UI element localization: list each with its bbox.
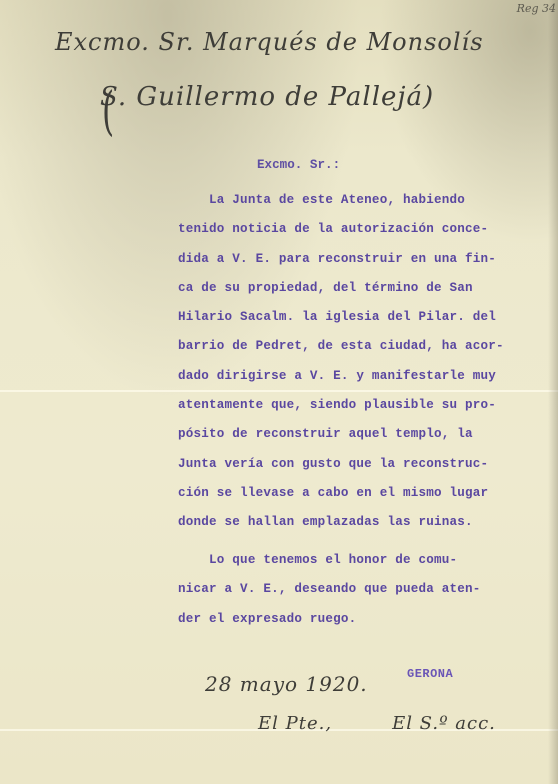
text-line: Lo que tenemos el honor de comu- — [178, 546, 548, 575]
closing-secretary: El S.º acc. — [392, 713, 496, 734]
handwritten-addressee-line-2: S. Guillermo de Pallejá) — [100, 82, 434, 112]
body-paragraph-2: Lo que tenemos el honor de comu- nicar a… — [178, 546, 548, 634]
text-line: atentamente que, siendo plausible su pro… — [178, 391, 548, 420]
text-line: ción se llevase a cabo en el mismo lugar — [178, 479, 548, 508]
text-line: Hilario Sacalm. la iglesia del Pilar. de… — [178, 303, 548, 332]
scanned-letter-page: Reg 34 Excmo. Sr. Marqués de Monsolís ( … — [0, 0, 558, 784]
place-stamp: GERONA — [407, 667, 453, 681]
handwritten-addressee-line-1: Excmo. Sr. Marqués de Monsolís — [55, 28, 484, 56]
text-line: donde se hallan emplazadas las ruinas. — [178, 508, 548, 537]
handwritten-date: 28 mayo 1920. — [205, 672, 368, 696]
text-line: barrio de Pedret, de esta ciudad, ha aco… — [178, 332, 548, 361]
text-line: La Junta de este Ateneo, habiendo — [178, 186, 548, 215]
text-line: dado dirigirse a V. E. y manifestarle mu… — [178, 362, 548, 391]
text-line: dida a V. E. para reconstruir en una fin… — [178, 245, 548, 274]
body-paragraph-1: La Junta de este Ateneo, habiendo tenido… — [178, 186, 548, 538]
page-edge-shadow — [548, 0, 558, 784]
text-line: der el expresado ruego. — [178, 605, 548, 634]
text-line: ca de su propiedad, del término de San — [178, 274, 548, 303]
closing-president: El Pte., — [258, 713, 332, 734]
text-line: nicar a V. E., deseando que pueda aten- — [178, 575, 548, 604]
text-line: Junta vería con gusto que la reconstruc- — [178, 450, 548, 479]
salutation: Excmo. Sr.: — [257, 158, 340, 172]
archive-reference-mark: Reg 34 — [517, 2, 556, 15]
text-line: pósito de reconstruir aquel templo, la — [178, 420, 548, 449]
handwritten-closing: El Pte.,El S.º acc. — [258, 713, 496, 734]
text-line: tenido noticia de la autorización conce- — [178, 215, 548, 244]
